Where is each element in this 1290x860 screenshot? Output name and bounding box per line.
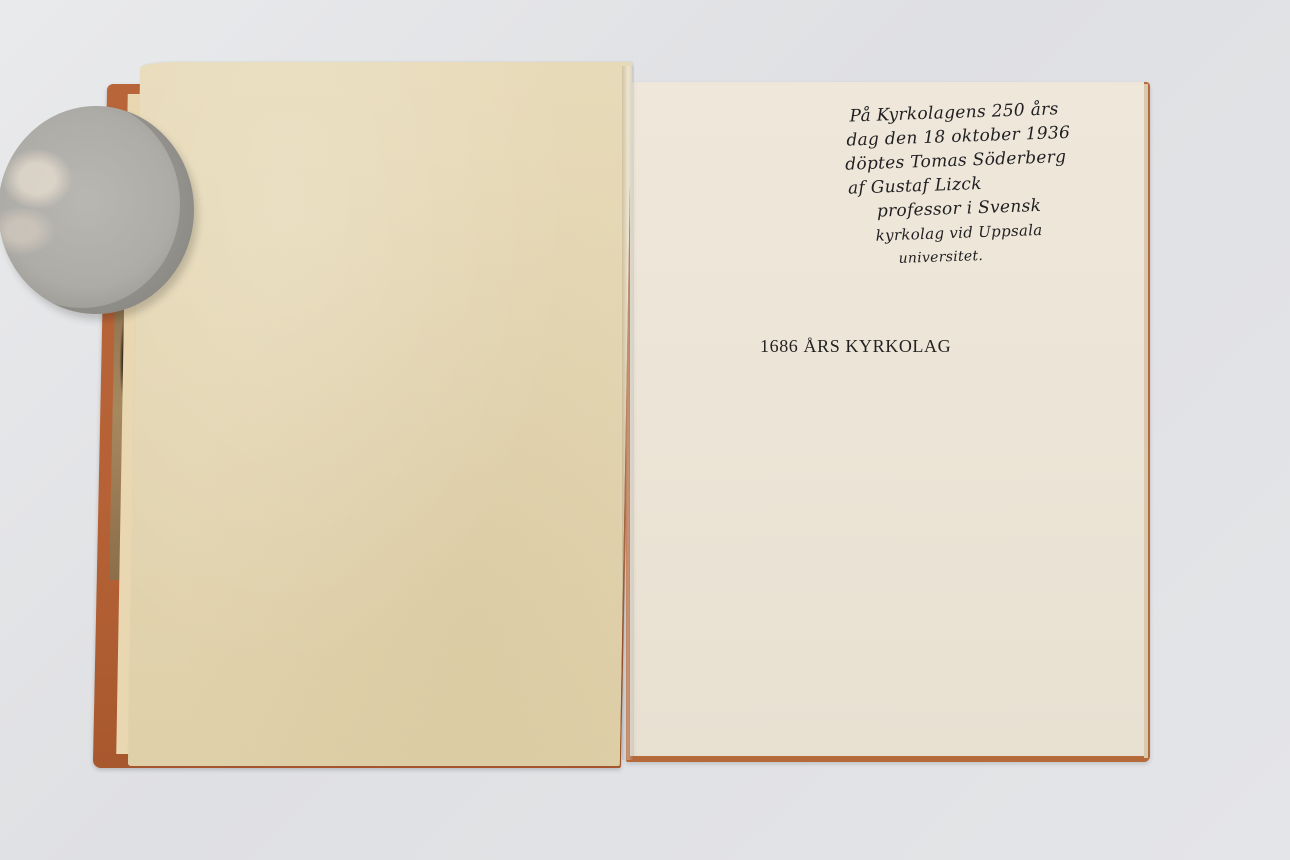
photo-scene: På Kyrkolagens 250 års dag den 18 oktobe…: [0, 0, 1290, 860]
page-edge: [1144, 84, 1148, 758]
book-gutter: [622, 66, 634, 760]
left-page-blank: [128, 62, 632, 766]
book-title: 1686 ÅRS KYRKOLAG: [760, 336, 951, 357]
handwritten-inscription: På Kyrkolagens 250 års dag den 18 oktobe…: [843, 95, 1119, 272]
stone-weight-rim: [0, 106, 194, 314]
